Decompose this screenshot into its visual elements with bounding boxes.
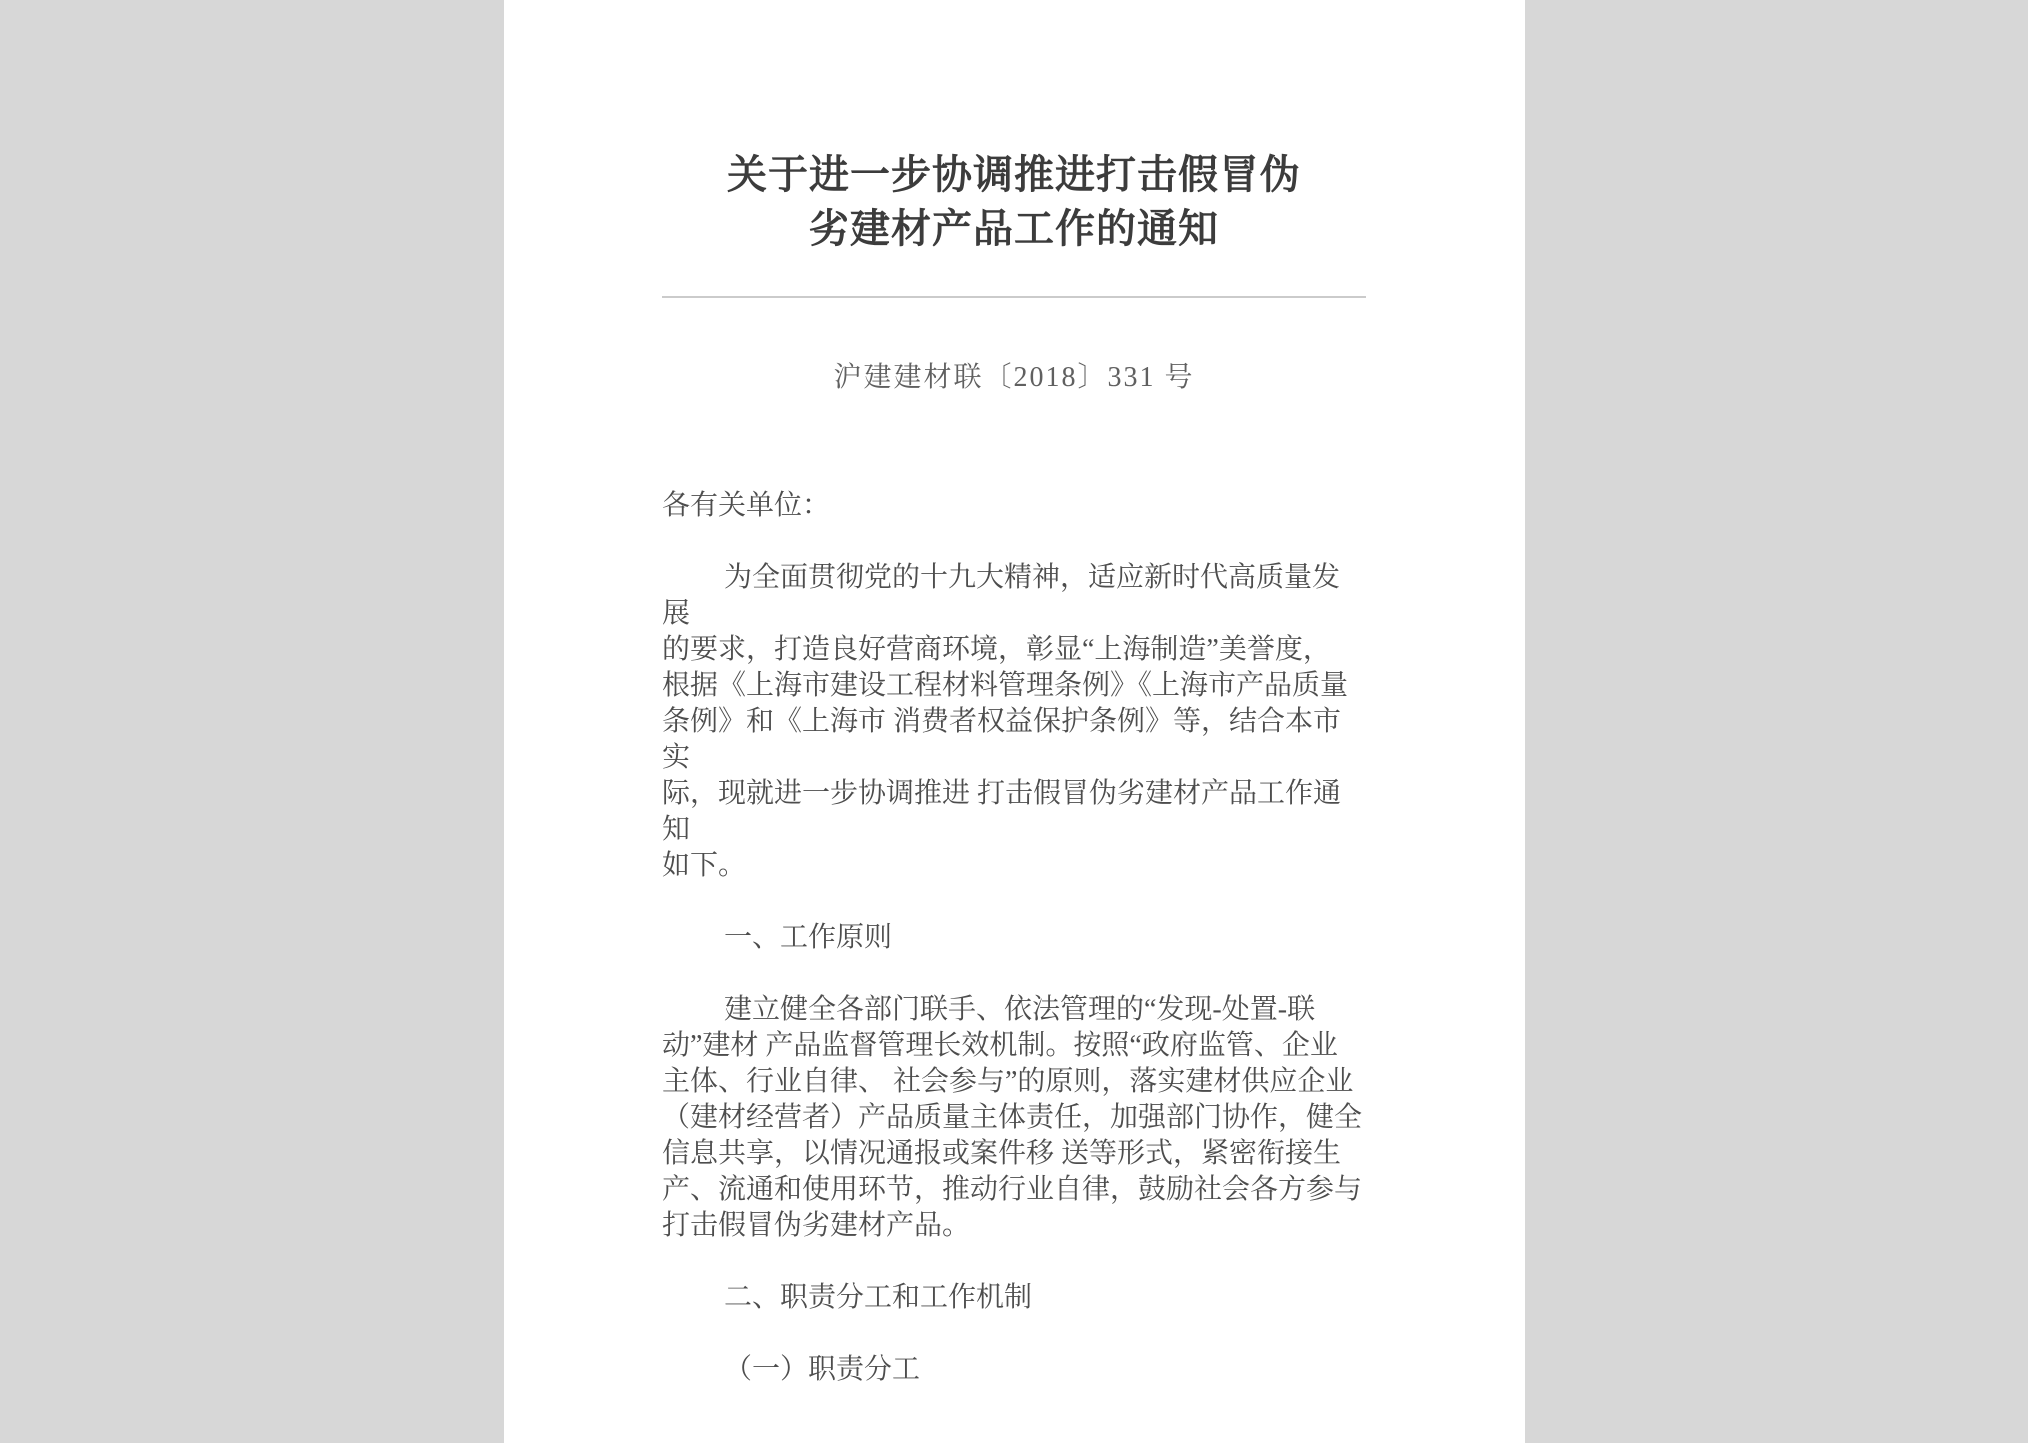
- section-heading-1: 一、工作原则: [662, 920, 1366, 956]
- document-viewer-background: { "document": { "title_lines": [ "关于进一步协…: [0, 0, 2028, 1443]
- document-page: 关于进一步协调推进打击假冒伪 劣建材产品工作的通知 沪建建材联〔2018〕331…: [504, 0, 1525, 1443]
- document-content: 关于进一步协调推进打击假冒伪 劣建材产品工作的通知 沪建建材联〔2018〕331…: [662, 0, 1366, 1388]
- viewport: 关于进一步协调推进打击假冒伪 劣建材产品工作的通知 沪建建材联〔2018〕331…: [0, 0, 2028, 1443]
- paragraph-2: 建立健全各部门联手、依法管理的“发现-处置-联 动”建材 产品监督管理长效机制。…: [662, 992, 1366, 1244]
- section-heading-2: 二、职责分工和工作机制: [662, 1280, 1366, 1316]
- document-title: 关于进一步协调推进打击假冒伪 劣建材产品工作的通知: [662, 148, 1366, 256]
- subsection-heading-1: （一）职责分工: [662, 1352, 1366, 1388]
- greeting-line: 各有关单位：: [662, 488, 1366, 524]
- paragraph-1: 为全面贯彻党的十九大精神，适应新时代高质量发展 的要求，打造良好营商环境，彰显“…: [662, 560, 1366, 884]
- title-divider: [662, 296, 1366, 298]
- document-number: 沪建建材联〔2018〕331 号: [662, 360, 1366, 396]
- left-gutter: [0, 0, 504, 1443]
- right-gutter: [1525, 0, 2028, 1443]
